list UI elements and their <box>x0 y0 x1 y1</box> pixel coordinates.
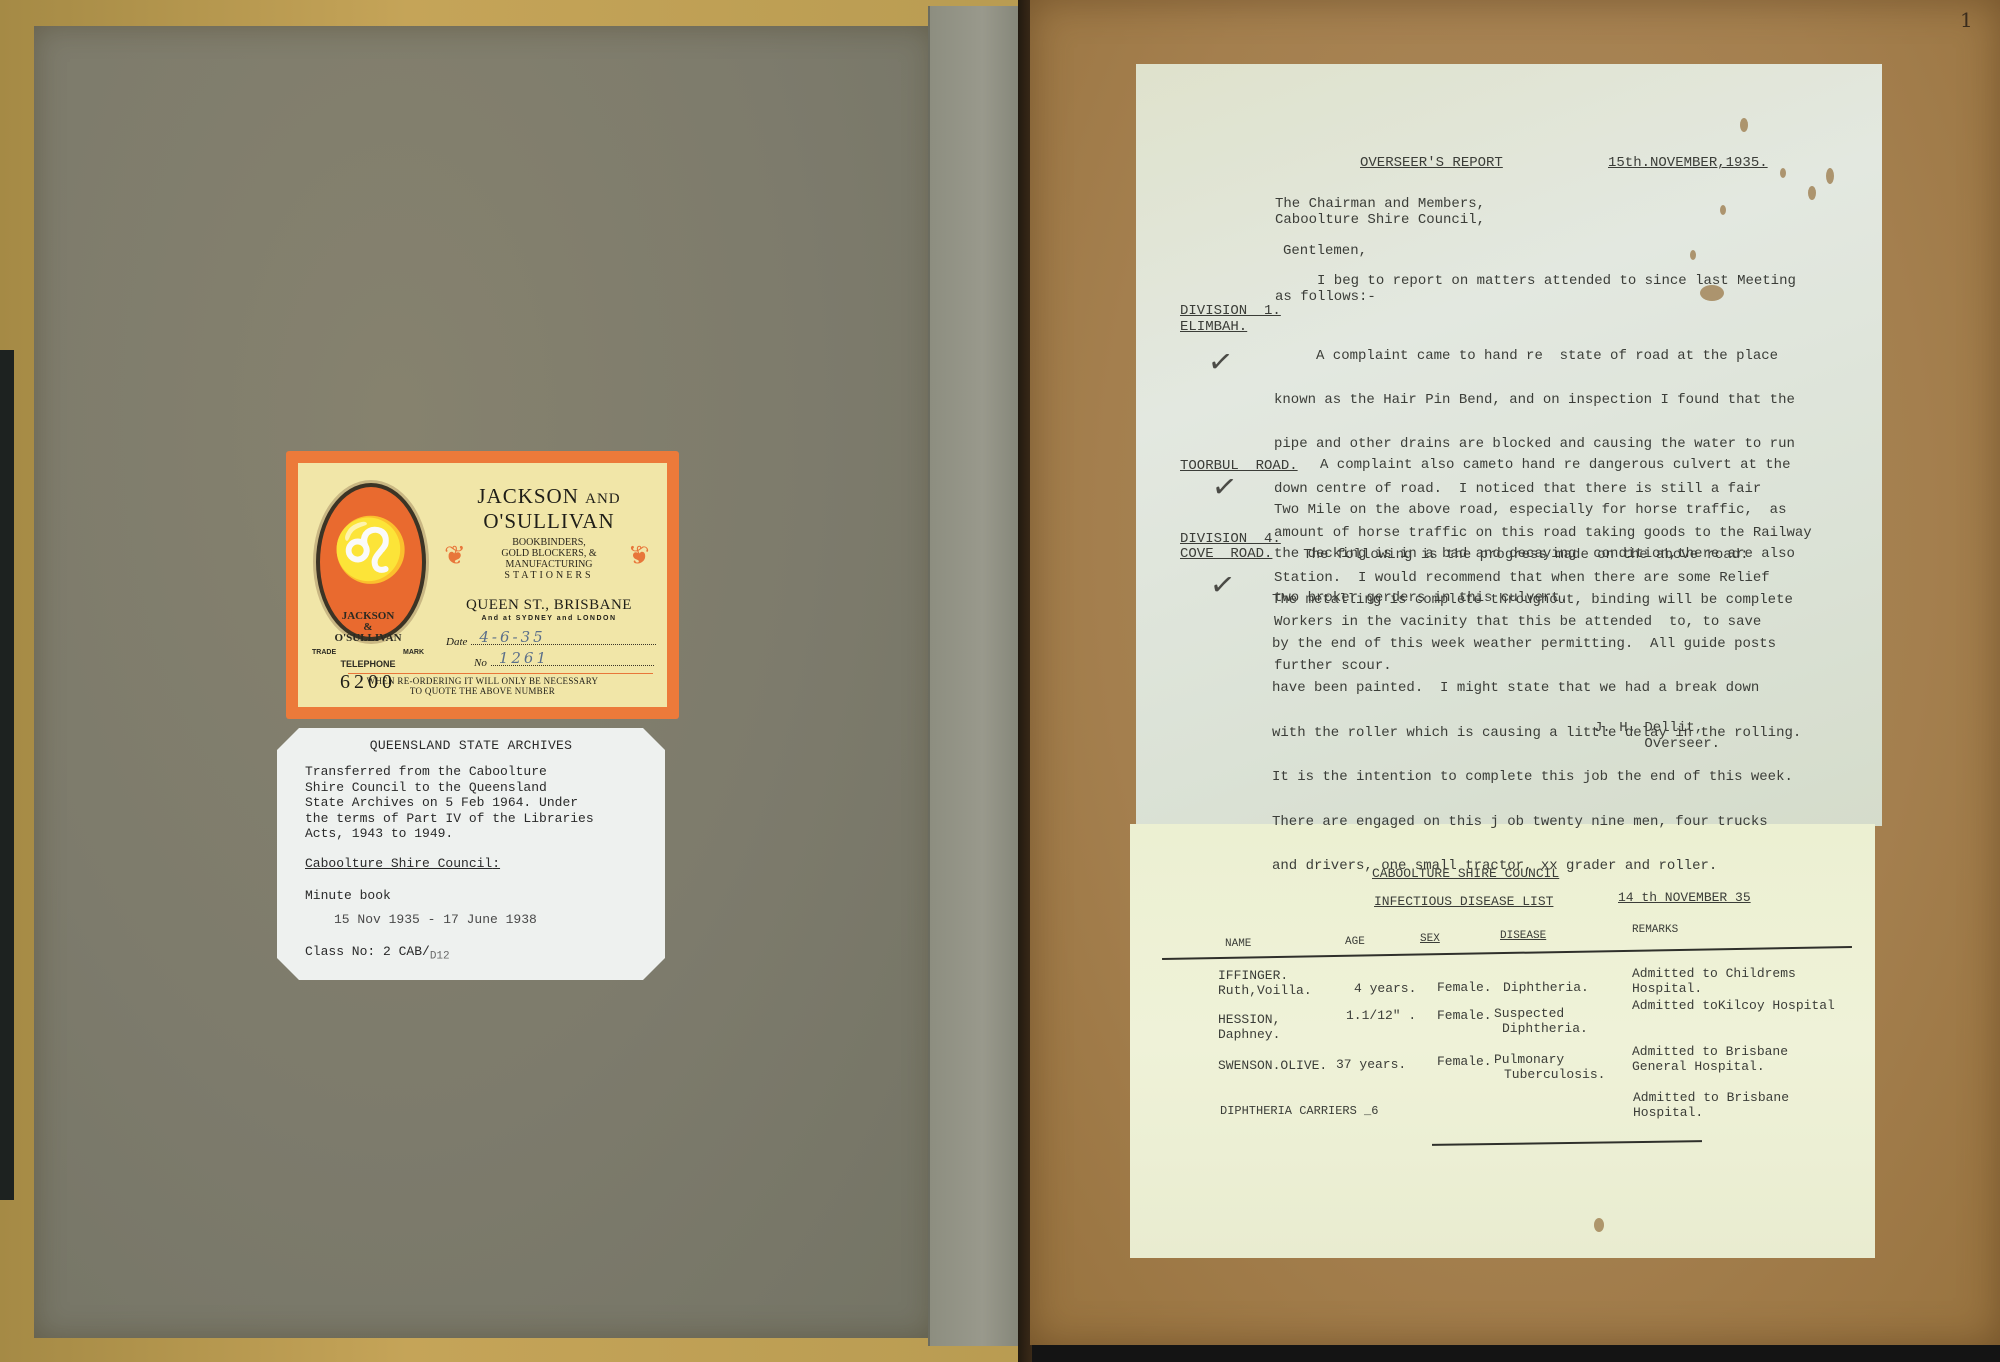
archives-card: QUEENSLAND STATE ARCHIVES Transferred fr… <box>277 728 665 980</box>
firm-name: JACKSON AND O'SULLIVAN <box>438 485 660 532</box>
cover-torn-edge <box>0 350 14 1200</box>
row-2-disease: SuspectedDiphtheria. <box>1494 1006 1588 1036</box>
archives-class-number: Class No: 2 CAB/D12 <box>305 944 450 963</box>
checkmark-icon: ✓ <box>1210 468 1240 506</box>
stain <box>1808 186 1816 200</box>
label-divider <box>348 673 653 674</box>
report-date: 15th.NOVEMBER,1935. <box>1608 155 1768 171</box>
stain <box>1826 168 1834 184</box>
list-title: INFECTIOUS DISEASE LIST <box>1374 894 1553 909</box>
col-header-disease: DISEASE <box>1500 930 1546 942</box>
row-2-age: 1.1/12" . <box>1346 1008 1416 1023</box>
ornament-left-icon: ❦ <box>444 541 466 571</box>
date-value: 4-6-35 <box>479 628 545 646</box>
binder-label-paper: ♌ JACKSON & O'SULLIVAN TRADE MARK TELEPH… <box>298 463 667 707</box>
archives-record-type: Minute book <box>305 888 391 903</box>
checkmark-icon: ✓ <box>1208 566 1238 604</box>
row-2-name: HESSION,Daphney. <box>1218 1012 1280 1042</box>
row-3-disease: PulmonaryTuberculosis. <box>1494 1052 1605 1082</box>
stain <box>1720 205 1726 215</box>
row-2-sex: Female. <box>1437 1008 1492 1023</box>
col-header-name: NAME <box>1225 938 1251 950</box>
rampant-lion-icon: ♌ <box>320 513 422 587</box>
row-3-remarks: Admitted to BrisbaneGeneral Hospital. <box>1632 1044 1788 1074</box>
row-1-disease: Diphtheria. <box>1503 980 1589 995</box>
binder-label: ♌ JACKSON & O'SULLIVAN TRADE MARK TELEPH… <box>286 451 679 719</box>
firm-address: QUEEN ST., BRISBANE <box>438 597 660 614</box>
col-header-remarks: REMARKS <box>1632 924 1678 936</box>
report-signature: J. H. Dellit, Overseer. <box>1594 720 1720 752</box>
archives-heading: QUEENSLAND STATE ARCHIVES <box>277 738 665 753</box>
page-marker: 1 <box>1960 8 1973 32</box>
section-body-cove-first: The following is the progress made on th… <box>1278 548 1748 563</box>
report-intro: I beg to report on matters attended to s… <box>1275 273 1796 305</box>
row-3-name: SWENSON.OLIVE. <box>1218 1058 1327 1073</box>
report-addressee: The Chairman and Members,Caboolture Shir… <box>1275 196 1485 228</box>
archives-date-range: 15 Nov 1935 - 17 June 1938 <box>334 912 537 927</box>
stain <box>1740 118 1748 132</box>
firm-trades: BOOKBINDERS, GOLD BLOCKERS, & MANUFACTUR… <box>474 537 624 581</box>
row-3-age: 37 years. <box>1336 1057 1406 1072</box>
archives-transfer-note: Transferred from the Caboolture Shire Co… <box>305 764 650 842</box>
section-body-toorbul-first: A complaint also cameto hand re dangerou… <box>1320 458 1790 473</box>
reorder-note: WHEN RE-ORDERING IT WILL ONLY BE NECESSA… <box>298 676 667 696</box>
row-1-remarks: Admitted to ChildremsHospital. <box>1632 966 1796 996</box>
list-council: CABOOLTURE SHIRE COUNCIL <box>1372 866 1559 881</box>
cover-spine-cloth <box>928 6 1018 1346</box>
stain <box>1594 1218 1604 1232</box>
number-field: No 1261 <box>474 651 654 669</box>
trade-mark: TRADE MARK <box>312 649 424 656</box>
row-1-sex: Female. <box>1437 980 1492 995</box>
stain <box>1780 168 1786 178</box>
col-header-sex: SEX <box>1420 933 1440 945</box>
date-field: Date 4-6-35 <box>446 630 656 648</box>
checkmark-icon: ✓ <box>1206 343 1236 381</box>
row-1-name: IFFINGER.Ruth,Voilla. <box>1218 968 1312 998</box>
section-heading-division-1: DIVISION 1.ELIMBAH. <box>1180 303 1281 335</box>
number-value: 1261 <box>499 649 549 667</box>
stain <box>1690 250 1696 260</box>
diphtheria-carriers: DIPHTHERIA CARRIERS _6 <box>1220 1104 1378 1118</box>
ornament-right-icon: ❦ <box>628 541 650 571</box>
crest-ribbon: JACKSON & O'SULLIVAN <box>320 611 416 644</box>
archives-council: Caboolture Shire Council: <box>305 856 500 871</box>
list-date: 14 th NOVEMBER 35 <box>1618 890 1751 905</box>
row-1-age: 4 years. <box>1354 981 1416 996</box>
row-3-sex: Female. <box>1437 1054 1492 1069</box>
section-heading-division-4: DIVISION 4.COVE ROAD. <box>1180 532 1281 562</box>
carriers-remarks: Admitted to BrisbaneHospital. <box>1633 1090 1789 1120</box>
report-greeting: Gentlemen, <box>1283 243 1367 259</box>
col-header-age: AGE <box>1345 936 1365 948</box>
section-body-cove-road: The metalling is complete throughout, bi… <box>1272 563 1801 889</box>
row-2-remarks: Admitted toKilcoy Hospital <box>1632 998 1835 1013</box>
firm-branches: And at SYDNEY and LONDON <box>438 615 660 622</box>
report-title: OVERSEER'S REPORT <box>1360 155 1503 171</box>
telephone-label: TELEPHONE <box>312 659 424 669</box>
